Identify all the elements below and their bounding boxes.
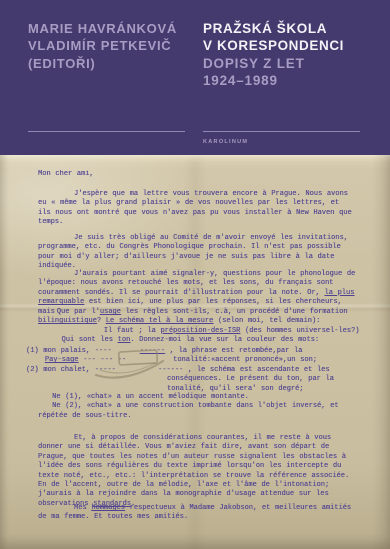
book-cover-header: MARIE HAVRÁNKOVÁ VLADIMÍR PETKEVIČ (EDIT… xyxy=(0,0,390,155)
editor-name: VLADIMÍR PETKEVIČ xyxy=(28,37,177,54)
letter-paragraph: Que par l'usage les règles sont-ils, c.à… xyxy=(38,308,356,346)
letter-paragraph: Mes hommages respectueux à Madame Jakobs… xyxy=(38,504,356,523)
letter-paragraph: Et, à propos de considérations courantes… xyxy=(38,434,356,509)
letter-paragraph: Mon cher ami, xyxy=(38,170,356,179)
book-subtitle-line: DOPISY Z LET xyxy=(203,55,344,72)
letter-paragraph: (1) mon palais, ---- ------ , la phrase … xyxy=(26,347,366,394)
divider-right xyxy=(203,131,360,132)
letter-paragraph: Je suis très obligé au Comité de m'avoir… xyxy=(38,234,356,272)
letter-photo: Mon cher ami,J'espère que ma lettre vous… xyxy=(0,155,390,549)
editor-name: MARIE HAVRÁNKOVÁ xyxy=(28,20,177,37)
letter-paragraph: Ne (1), «chat» a un accent mélodique mon… xyxy=(38,393,356,421)
divider-left xyxy=(28,131,185,132)
editors-label: (EDITOŘI) xyxy=(28,55,177,72)
book-title-line: PRAŽSKÁ ŠKOLA xyxy=(203,20,344,37)
book-subtitle-line: 1924–1989 xyxy=(203,72,344,89)
publisher-logo: KAROLINUM xyxy=(203,139,248,145)
letter-text: Mon cher ami,J'espère que ma lettre vous… xyxy=(0,155,390,549)
letter-paragraph: J'espère que ma lettre vous trouvera enc… xyxy=(38,190,356,228)
title-block: PRAŽSKÁ ŠKOLA V KORESPONDENCI DOPISY Z L… xyxy=(203,20,344,90)
book-title-line: V KORESPONDENCI xyxy=(203,37,344,54)
editors-block: MARIE HAVRÁNKOVÁ VLADIMÍR PETKEVIČ (EDIT… xyxy=(28,20,177,72)
